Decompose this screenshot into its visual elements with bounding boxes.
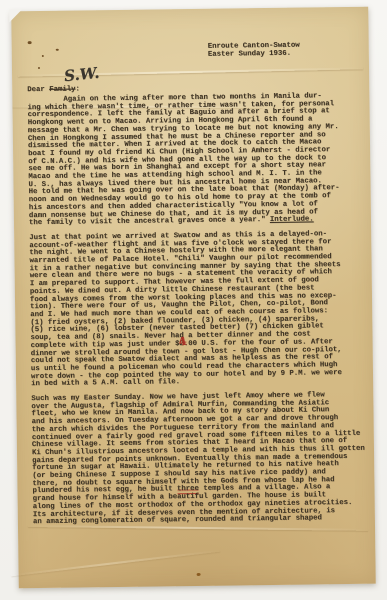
handwritten-initials: S.W. bbox=[63, 64, 100, 85]
letter-heading: Enroute Canton-Swatow Easter Sunday 1936… bbox=[208, 43, 300, 60]
stain-speck bbox=[56, 49, 59, 51]
red-ink-correction: 4 bbox=[177, 337, 186, 346]
interlude-underlined-word: Interlude. bbox=[270, 216, 314, 225]
scanned-letter-page: Enroute Canton-Swatow Easter Sunday 1936… bbox=[0, 0, 387, 600]
stain-speck bbox=[38, 67, 40, 69]
letter-body: Again on the wing after more than two mo… bbox=[27, 93, 385, 535]
struck-word-family: Family bbox=[49, 86, 75, 94]
paragraph-1-text: Again on the wing after more than two mo… bbox=[27, 92, 339, 227]
paragraph-2: Just at that point we arrived at Swatow … bbox=[29, 230, 383, 389]
heading-date: Easter Sunday 1936. bbox=[208, 50, 300, 59]
meal-cost: $2.004 bbox=[175, 341, 197, 349]
paragraph-2-text-a: Just at that point we arrived at Swatow … bbox=[29, 230, 340, 350]
paper-corner-fold bbox=[9, 9, 22, 22]
paper-crease bbox=[11, 550, 220, 577]
paragraph-3-text-a: Such was my Easter Sunday. Now we have j… bbox=[31, 391, 365, 495]
stain-speck bbox=[28, 41, 32, 44]
paragraph-1: Again on the wing after more than two mo… bbox=[27, 93, 381, 229]
paragraph-3: Such was my Easter Sunday. Now we have j… bbox=[31, 392, 385, 528]
salutation-prefix: Dear bbox=[27, 86, 49, 94]
stain-speck bbox=[42, 55, 44, 57]
salutation: Dear Family: bbox=[27, 86, 80, 94]
salutation-colon: : bbox=[75, 85, 79, 93]
stain-speck bbox=[197, 573, 201, 576]
letter-paper: Enroute Canton-Swatow Easter Sunday 1936… bbox=[11, 7, 376, 589]
